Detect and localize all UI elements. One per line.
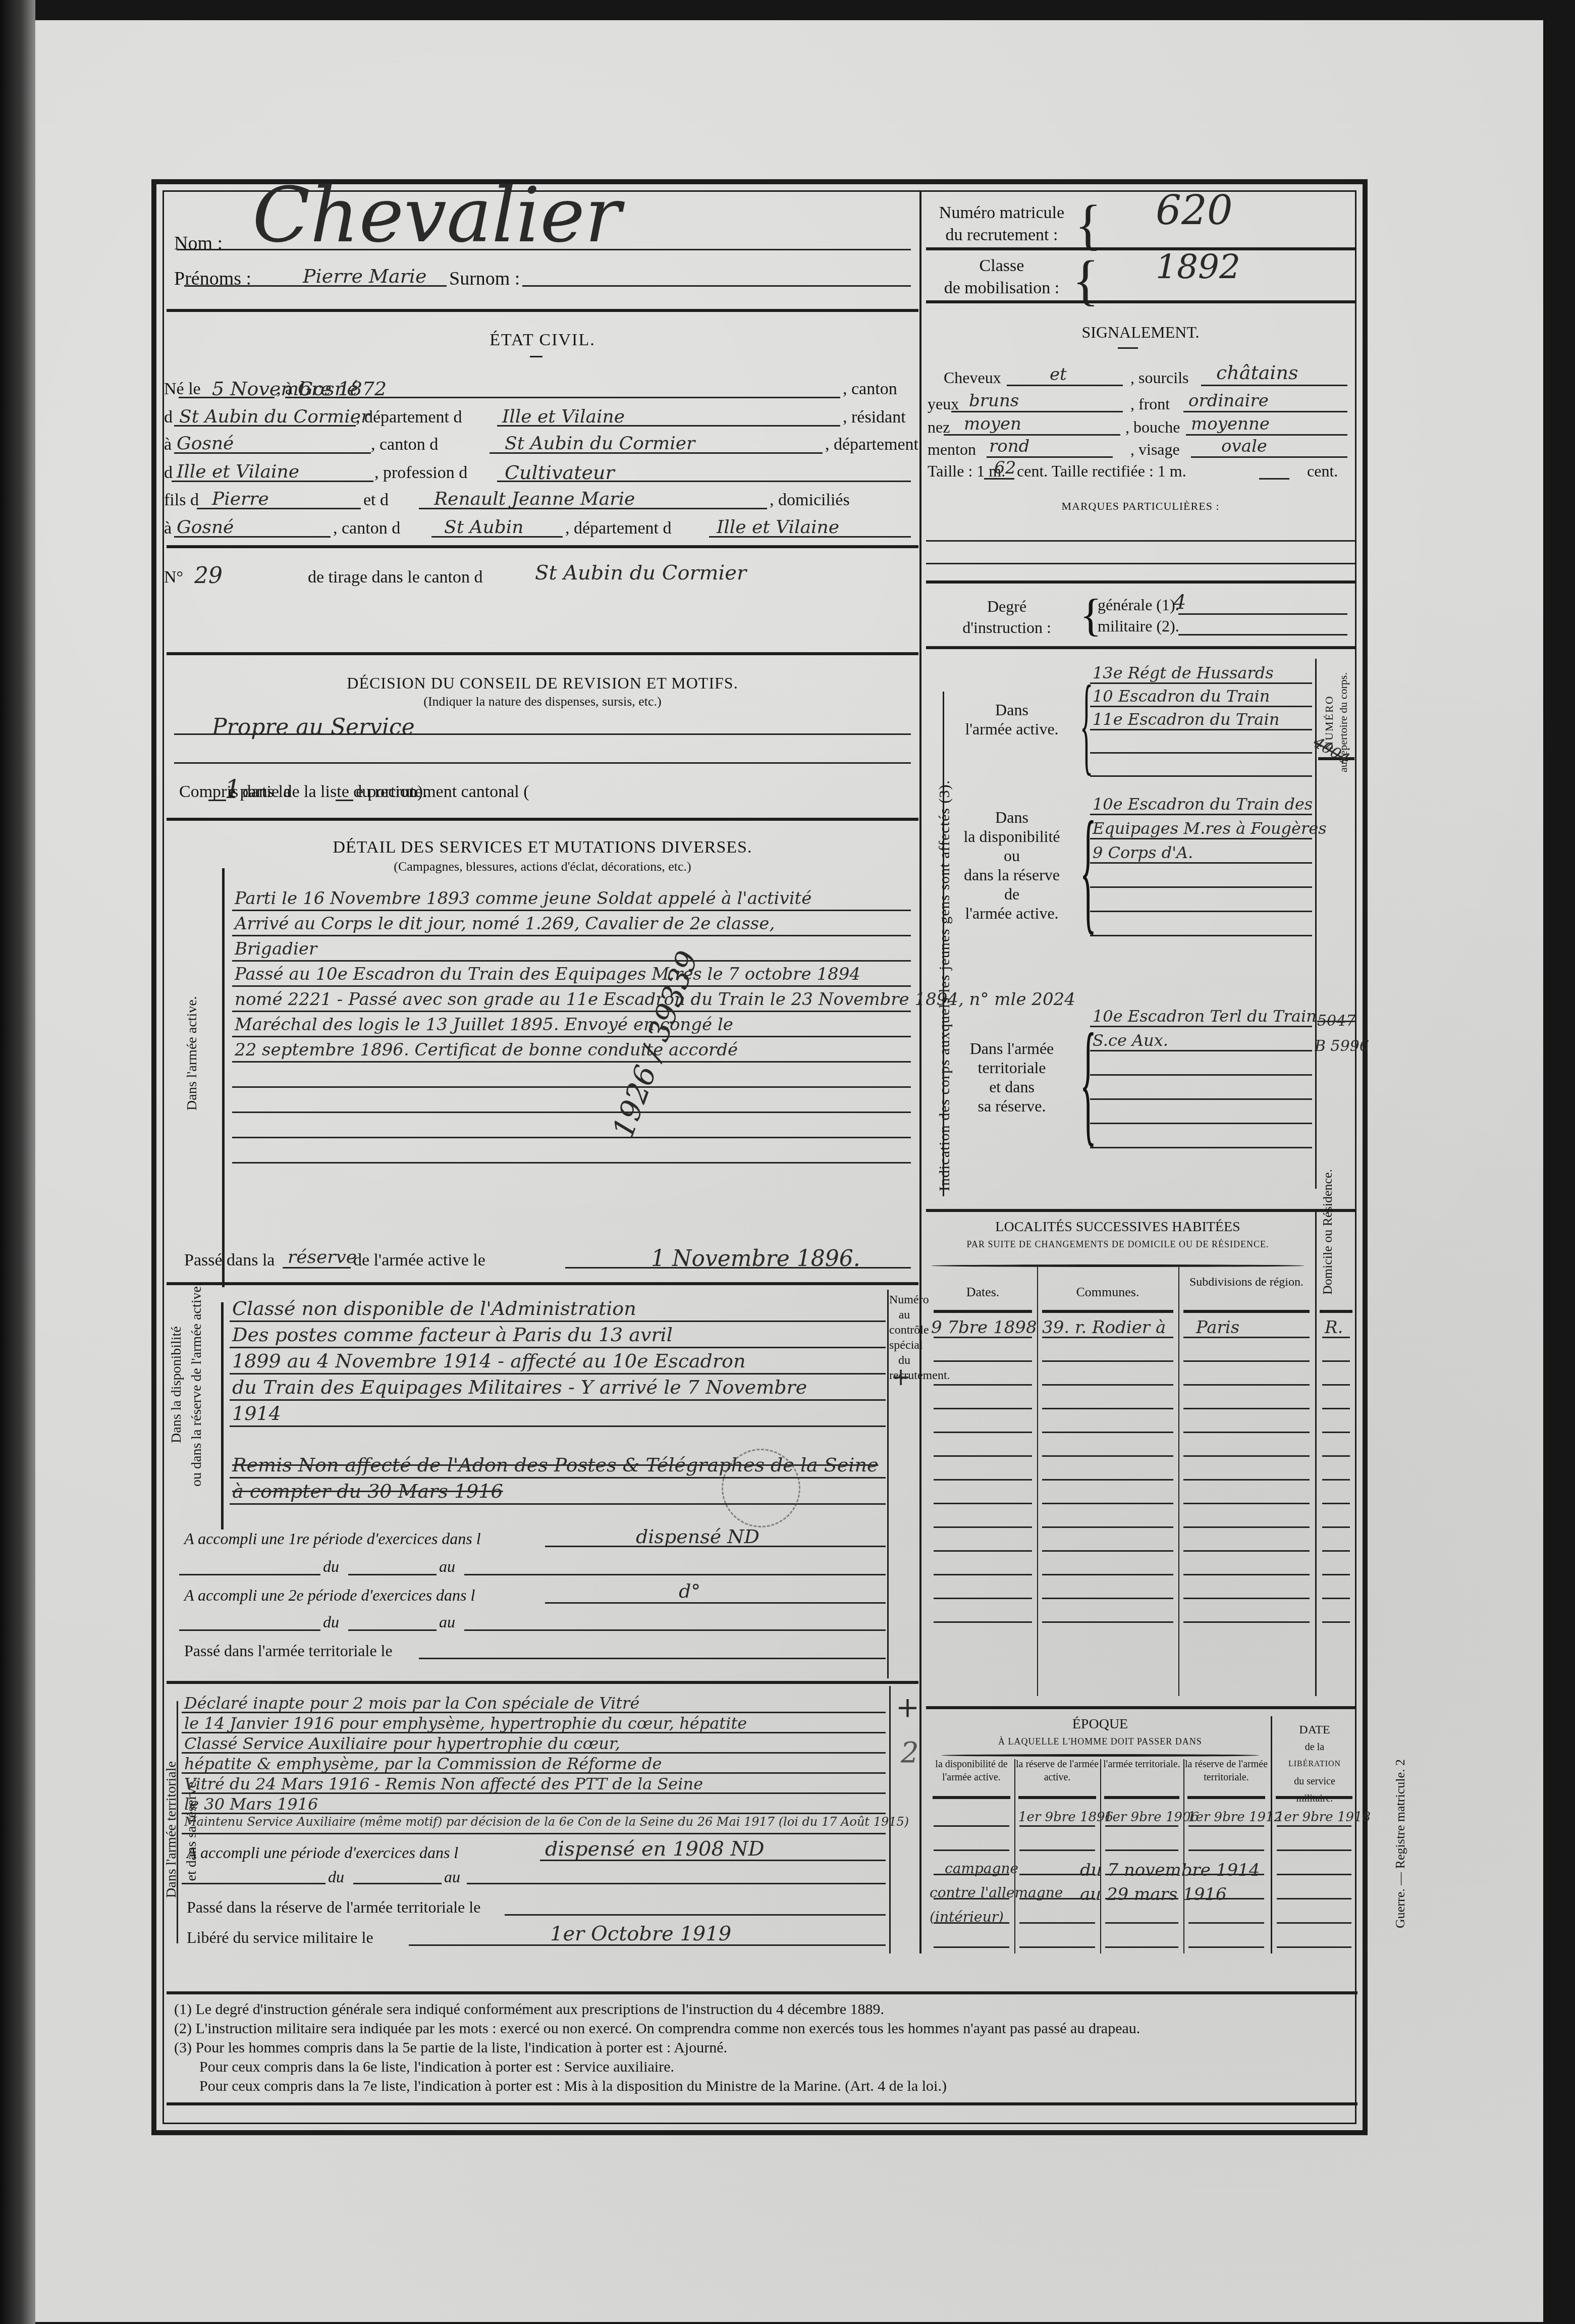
corps-territoriale-label-line: sa réserve. [949,1096,1075,1116]
epoque-rule [1277,1946,1351,1948]
corps-dispo-label-line: ou [949,846,1075,865]
localites-rule [1322,1550,1350,1552]
epoque-date: 1er 9bre 1912 [1187,1810,1282,1825]
cheveux-value: et [1050,364,1067,385]
localites-rule [934,1432,1032,1433]
localites-col-header: Subdivisions de région. [1178,1275,1315,1290]
localites-rule [1042,1574,1173,1575]
localites-rule [1322,1384,1350,1386]
corps-dispo-label-line: la disponibilité [949,827,1075,846]
tirage-number: 29 [194,563,223,589]
mother-name: Renault Jeanne Marie [434,489,635,509]
epoque-header-rule [1018,1796,1096,1799]
epoque-date: 1er 9bre 1906 [1104,1810,1199,1825]
nom-label: Nom : [174,232,223,254]
localites-rule [1042,1621,1173,1623]
epoque-rule [1105,1850,1178,1851]
localites-rule [1183,1621,1310,1623]
territoriale-entry: le 14 Janvier 1916 pour emphysème, hyper… [184,1714,747,1733]
dispo-entry: Des postes comme facteur à Paris du 13 a… [232,1324,673,1346]
territoriale-entry: Classé Service Auxiliaire pour hypertrop… [184,1734,620,1753]
localites-rule [1042,1432,1173,1433]
epoque-col-divider [1014,1759,1015,1953]
corps-dispo-label-line: de [949,884,1075,904]
corps-territoriale-rule [1090,1147,1312,1148]
decision-heading: DÉCISION DU CONSEIL DE REVISION ET MOTIF… [167,674,918,693]
epoque-rule [1019,1946,1095,1948]
libere-date: 1er Octobre 1919 [550,1922,731,1945]
localites-rule [1183,1479,1310,1481]
corps-active-label: Dansl'armée active. [949,700,1075,738]
postal-stamp [722,1449,800,1527]
epoque-col-divider [1100,1759,1101,1953]
corps-dispo-entry: Equipages M.res à Fougères [1093,819,1327,838]
matricule-label: Numéro matricule du recrutement : [929,202,1075,246]
territoriale-entry: hépatite & emphysème, par la Commission … [184,1754,662,1773]
localites-rule [1183,1598,1310,1599]
scanned-register-page: Nom : Chevalier Prénoms : Pierre Marie S… [0,0,1575,2324]
localites-col-divider [1037,1267,1038,1696]
localites-rule [1183,1455,1310,1457]
register-footer: Guerre. — Registre matricule. 2 [1393,1759,1408,1928]
localites-rule [934,1455,1032,1457]
surnom-label: Surnom : [449,268,520,290]
localites-rule [1183,1526,1310,1528]
localites-rule [934,1384,1032,1386]
localites-rule [934,1360,1032,1362]
corps-active-rule [1090,729,1312,730]
front-value: ordinaire [1188,391,1269,411]
epoque-col-header: la réserve de l'armée active. [1014,1758,1100,1784]
corps-territoriale-entry: 10e Escadron Terl du Train [1093,1007,1317,1026]
localites-date: 9 7bre 1898 [931,1317,1037,1338]
menton-value: rond [989,436,1029,456]
territoriale-mark-1: + [896,1691,919,1724]
periode1-value: dispensé ND [636,1525,759,1548]
corps-active-rule [1090,752,1312,754]
epoque-header-rule [933,1796,1010,1799]
epoque-rule [1277,1874,1351,1875]
dispo-side-label: Dans la disponibilité ou dans la réserve… [167,1283,207,1487]
localites-rule [934,1550,1032,1552]
corps-territoriale-label-line: et dans [949,1077,1075,1096]
localites-rule [934,1574,1032,1575]
dispo-entry: 1899 au 4 Novembre 1914 - affecté au 10e… [232,1350,745,1372]
corps-dispo-entry: 9 Corps d'A. [1093,843,1193,862]
corps-active-entry: 11e Escadron du Train [1093,710,1279,729]
localites-rule [1042,1526,1173,1528]
localites-rule [1183,1550,1310,1552]
parents-commune: Gosné [177,517,234,538]
epoque-date: 1er 9bre 1896 [1018,1810,1113,1825]
localites-header-rule [1320,1310,1352,1313]
epoque-rule [934,1946,1009,1948]
localites-rule [934,1408,1032,1409]
localites-rule [1042,1384,1173,1386]
prenoms-value: Pierre Marie [303,265,426,287]
corps-territoriale-label-line: Dans l'armée [949,1039,1075,1058]
localites-rule [934,1598,1032,1599]
services-entry: Passé au 10e Escadron du Train des Equip… [235,964,860,984]
epoque-rule [1105,1946,1178,1948]
services-side-label: Dans l'armée active. [184,996,200,1111]
corps-dispo-label: Dansla disponibilitéoudans la réservedel… [949,808,1075,923]
dispo-rule [230,1321,886,1322]
dispo-rule [230,1399,886,1401]
localites-rule [1322,1455,1350,1457]
dispo-entry: 1914 [232,1402,281,1424]
corps-dispo-label-line: Dans [949,808,1075,827]
corps-territoriale-rule [1090,1123,1312,1124]
localites-rule [1322,1479,1350,1481]
localites-rule [1322,1503,1350,1504]
dispo-rule [230,1347,886,1348]
localites-rule [1042,1550,1173,1552]
localites-header-rule [934,1310,1032,1313]
services-rule [232,1036,911,1037]
taille-value: 62 [994,458,1016,478]
corps-dispo-rule [1090,862,1312,864]
epoque-rule [1277,1922,1351,1924]
territoriale-entry: Maintenu Service Auxiliaire (même motif)… [184,1815,909,1829]
services-rule [232,935,911,936]
nez-value: moyen [964,414,1021,434]
tirage-canton: St Aubin du Cormier [535,561,746,585]
localites-rule [1042,1479,1173,1481]
services-entry: Brigadier [235,939,317,959]
epoque-date: 1er 9bre 1918 [1276,1810,1371,1825]
domicile-residence-header: Domicile ou Résidence. [1320,1169,1336,1295]
controle-mark: + [891,1363,911,1391]
corps-territoriale-rule [1090,1098,1312,1100]
corps-territoriale-label: Dans l'arméeterritorialeet danssa réserv… [949,1039,1075,1116]
epoque-rule [1277,1898,1351,1899]
residence-departement: Ille et Vilaine [177,461,299,482]
instruction-label: Degré d'instruction : [934,596,1080,638]
corps-territoriale-label-line: territoriale [949,1058,1075,1077]
terr-numero-1: 5047 [1317,1012,1355,1030]
visage-value: ovale [1221,436,1267,456]
corps-active-rule [1090,775,1312,777]
epoque-header-rule [1276,1796,1352,1799]
corps-dispo-rule [1090,838,1312,839]
yeux-value: bruns [969,391,1019,411]
localites-commune: 39. r. Rodier à [1042,1317,1166,1338]
localites-rule [1322,1360,1350,1362]
corps-active-rule [1090,706,1312,707]
dispo-entry: Classé non disponible de l'Administratio… [232,1297,636,1319]
localites-rule [1322,1621,1350,1623]
periode2-value: d° [679,1580,700,1602]
services-entry: Parti le 16 Novembre 1893 comme jeune So… [235,888,811,909]
localites-rule [1183,1574,1310,1575]
residence-commune: Gosné [177,433,234,454]
corps-dispo-rule [1090,886,1312,888]
services-entry: Arrivé au Corps le dit jour, nomé 1.269,… [235,914,775,934]
services-rule [232,1011,911,1012]
localites-rule [1322,1526,1350,1528]
footnote-4: Pour ceux compris dans la 6e liste, l'in… [199,2057,674,2077]
corps-active-label-line: Dans [949,700,1075,719]
localites-rule [1042,1360,1173,1362]
epoque-rule [1277,1850,1351,1851]
nom-value: Chevalier [252,172,621,259]
localites-rule [1322,1574,1350,1575]
dispo-entry: du Train des Equipages Militaires - Y ar… [232,1376,807,1398]
localites-rule [1322,1432,1350,1433]
localites-rule [934,1479,1032,1481]
campagne-note: campagne [945,1860,1018,1877]
dispo-rule [230,1373,886,1375]
services-rule [232,1137,911,1138]
corps-territoriale-rule [1090,1026,1312,1027]
services-rule [232,910,911,911]
etat-civil-heading: ÉTAT CIVIL. [167,331,918,350]
localites-col-header: Communes. [1037,1285,1178,1300]
territoriale-mark-2: 2 [901,1736,919,1769]
localites-rule [1183,1408,1310,1409]
epoque-rule [1277,1825,1351,1827]
marques-heading: MARQUES PARTICULIÈRES : [924,500,1357,513]
localites-col-divider [1178,1267,1179,1696]
localites-domicile-residence: R. [1325,1317,1343,1338]
signalement-heading: SIGNALEMENT. [924,323,1357,342]
campagne-note: (intérieur) [930,1909,1004,1925]
localites-heading: LOCALITÉS SUCCESSIVES HABITÉES [926,1219,1310,1235]
localites-rule [934,1526,1032,1528]
birth-canton: St Aubin du Cormier [179,406,369,427]
epoque-rule [1188,1825,1264,1827]
corps-dispo-rule [1090,935,1312,936]
localites-rule [1042,1408,1173,1409]
localites-header-rule [1042,1310,1173,1313]
birth-departement: Ille et Vilaine [502,406,625,427]
footnote-1: (1) Le degré d'instruction générale sera… [174,2000,884,2019]
services-heading: DÉTAIL DES SERVICES ET MUTATIONS DIVERSE… [167,838,918,857]
epoque-rule [1105,1922,1178,1924]
localites-rule [1183,1384,1310,1386]
localites-rule [1322,1408,1350,1409]
dispo-entry: à compter du 30 Mars 1916 [232,1480,503,1502]
localites-rule [1183,1360,1310,1362]
services-rule [232,985,911,987]
corps-active-entry: 13e Régt de Hussards [1093,663,1274,682]
epoque-col-header: la disponibilité de l'armée active. [929,1758,1014,1784]
campagne-date: du 7 novembre 1914 [1080,1860,1260,1880]
epoque-rule [1019,1825,1095,1827]
localites-rule [934,1503,1032,1504]
footnote-2: (2) L'instruction militaire sera indiqué… [174,2019,1140,2038]
footnote-3: (3) Pour les hommes compris dans la 5e p… [174,2038,727,2057]
corps-dispo-label-line: l'armée active. [949,904,1075,923]
epoque-rule [1188,1946,1264,1948]
corps-dispo-entry: 10e Escadron du Train des [1093,795,1313,814]
services-rule [232,1162,911,1164]
book-spine [0,0,35,2324]
territoriale-entry: le 30 Mars 1916 [184,1794,318,1814]
localites-col-header: Dates. [929,1285,1037,1300]
epoque-rule [1188,1850,1264,1851]
matricule-number: 620 [1156,187,1233,234]
residence-canton: St Aubin du Cormier [505,433,695,454]
dispo-rule [230,1425,886,1427]
services-rule [232,1112,911,1113]
passe-reserve-type: réserve [288,1247,357,1267]
territoriale-entry: Déclaré inapte pour 2 mois par la Con sp… [184,1694,639,1713]
parents-departement: Ille et Vilaine [717,517,839,538]
localites-rule [1183,1432,1310,1433]
localites-rule [1042,1598,1173,1599]
corps-dispo-label-line: dans la réserve [949,865,1075,884]
corps-territoriale-entry: S.ce Aux. [1093,1031,1168,1050]
father-name: Pierre [212,489,269,509]
epoque-header-rule [1187,1796,1265,1799]
bouche-value: moyenne [1191,414,1270,434]
footnote-5: Pour ceux compris dans la 7e liste, l'in… [199,2077,947,2096]
corps-active-entry: 10 Escadron du Train [1093,686,1270,706]
localites-header-rule [1183,1310,1310,1313]
services-rule [232,1086,911,1088]
epoque-col-header: l'armée territoriale. [1100,1758,1183,1771]
epoque-heading: ÉPOQUE [931,1716,1269,1732]
epoque-rule [934,1850,1009,1851]
localites-rule [1183,1503,1310,1504]
epoque-rule [1019,1922,1095,1924]
corps-active-rule [1090,682,1312,684]
campagne-note: contre l'allemagne [930,1884,1063,1901]
terr-numero-2: B 5996 [1315,1037,1369,1055]
localites-rule [1042,1455,1173,1457]
parents-canton: St Aubin [444,517,524,538]
corps-active-label-line: l'armée active. [949,719,1075,738]
epoque-rule [1188,1922,1264,1924]
localites-rule [1322,1598,1350,1599]
corps-dispo-rule [1090,814,1312,815]
epoque-rule [934,1825,1009,1827]
epoque-col-divider [1183,1759,1184,1953]
classe-value: 1892 [1156,247,1240,286]
classe-label: Classe de mobilisation : [929,255,1075,299]
corps-territoriale-rule [1090,1050,1312,1051]
localites-rule [934,1621,1032,1623]
corps-dispo-rule [1090,911,1312,912]
sourcils-value: châtains [1216,361,1298,384]
epoque-header-rule [1104,1796,1179,1799]
epoque-rule [1105,1825,1178,1827]
territoriale-entry: Vitré du 24 Mars 1916 - Remis Non affect… [184,1774,703,1793]
territoriale-periode: dispensé en 1908 ND [545,1837,765,1861]
instruction-generale: 4 [1173,591,1186,614]
epoque-col-header: la réserve de l'armée territoriale. [1183,1758,1269,1784]
territoriale-rule [182,1833,886,1834]
campagne-date: au 29 mars 1916 [1080,1884,1227,1905]
localites-subdivision: Paris [1196,1317,1239,1338]
epoque-rule [1019,1850,1095,1851]
corps-territoriale-rule [1090,1074,1312,1076]
decision-value: Propre au Service [212,714,415,740]
liberation-header: DATE de la LIBÉRATION du service militai… [1272,1721,1357,1807]
services-rule [232,960,911,962]
services-rule [232,1061,911,1063]
localites-rule [1042,1503,1173,1504]
